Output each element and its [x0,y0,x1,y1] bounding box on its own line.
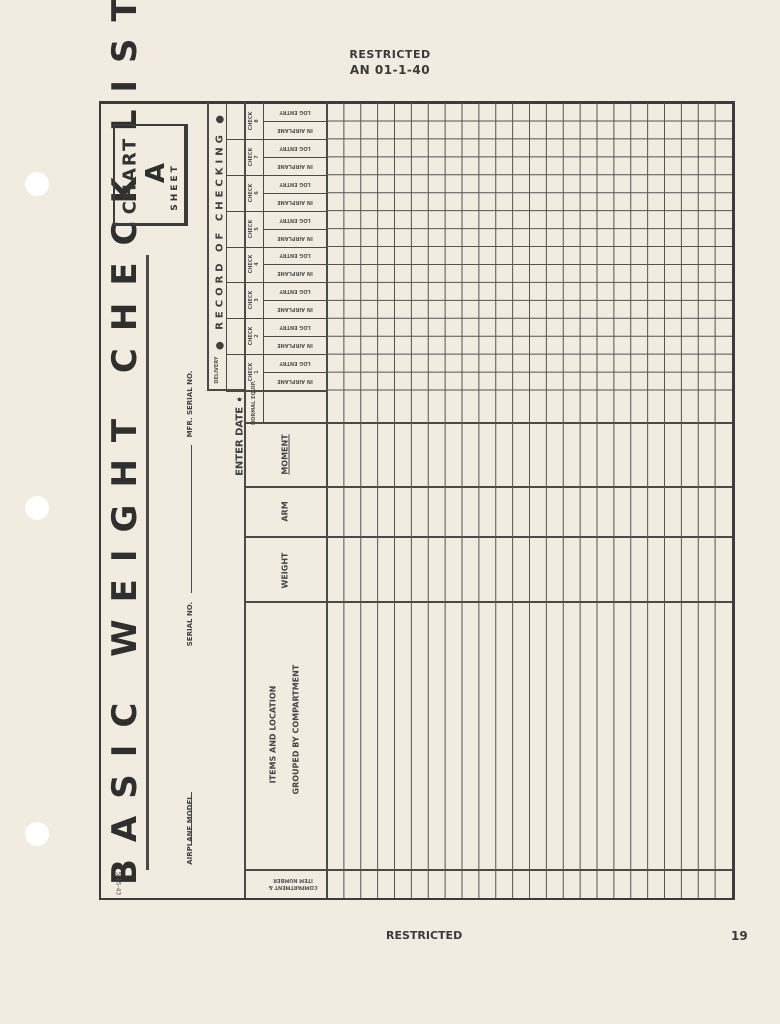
check-label: CHECK3 [248,280,260,320]
check-sub-divider [263,193,327,194]
record-column-left [207,103,209,390]
in-airplane-label: IN AIRPLANE [265,306,325,312]
in-airplane-label: IN AIRPLANE [265,342,325,348]
log-entry-label: LOG ENTRY [265,217,325,223]
binder-hole [25,496,49,520]
log-entry-label: LOG ENTRY [265,324,325,330]
entry-grid[interactable] [327,103,732,898]
in-airplane-label: IN AIRPLANE [265,235,325,241]
record-of-checking-label: ● RECORD OF CHECKING ● [215,106,226,356]
check-divider [226,247,327,248]
check-label: CHECK2 [248,316,260,356]
page-number: 19 [731,929,748,943]
footer-classification: RESTRICTED [386,929,462,942]
check-label: CHECK1 [248,352,260,392]
in-airplane-label: IN AIRPLANE [265,378,325,384]
check-label: CHECK4 [248,244,260,284]
chart-letter: A [141,133,171,213]
serial-no-line [191,445,192,593]
in-airplane-label: IN AIRPLANE [265,270,325,276]
log-entry-label: LOG ENTRY [265,288,325,294]
binder-hole [25,172,49,196]
airplane-model-label: AIRPLANE MODEL [186,790,194,870]
in-airplane-label: IN AIRPLANE [265,163,325,169]
log-entry-label: LOG ENTRY [265,181,325,187]
delivery-label: DELIVERY [214,350,220,390]
check-divider [226,139,327,140]
moment-header: MOMENT [281,425,290,485]
title-strip-divider [146,255,149,870]
check-divider [226,318,327,319]
check-sub-divider [263,229,327,230]
serial-no-label: SERIAL NO. [186,594,194,654]
check-sub-divider [263,157,327,158]
check-row-divider [244,103,246,898]
log-entry-label: LOG ENTRY [265,252,325,258]
check-divider [226,282,327,283]
binder-hole [25,822,49,846]
compartment-header-line2: ITEM NUMBER [258,877,328,883]
check-label: CHECK5 [248,209,260,249]
log-entry-label: LOG ENTRY [265,360,325,366]
in-airplane-label: IN AIRPLANE [265,127,325,133]
log-entry-label: LOG ENTRY [265,109,325,115]
check-sub-divider [263,372,327,373]
check-label-divider [263,103,264,423]
form-title: BASIC WEIGHT CHECK LIST [105,235,145,885]
check-divider [226,175,327,176]
check-divider [226,390,327,392]
arm-header: ARM [281,482,290,542]
items-header-line1: ITEMS AND LOCATION [269,675,278,795]
check-sub-divider [263,336,327,337]
check-sub-divider [263,300,327,301]
check-sub-divider [263,121,327,122]
weight-header: WEIGHT [281,541,290,601]
check-divider [226,211,327,212]
in-airplane-label: IN AIRPLANE [265,199,325,205]
enter-date-label: ENTER DATE ➧ [235,386,246,486]
form-date: 5-15-43 [115,864,122,904]
mfr-serial-no-label: MFR. SERIAL NO. [186,364,194,444]
check-label: CHECK6 [248,173,260,213]
compartment-header-line1: COMPARTMENT & [258,884,328,890]
check-label: CHECK7 [248,137,260,177]
check-sub-divider [263,264,327,265]
sheet-label: SHEET [170,147,180,227]
log-entry-label: LOG ENTRY [265,145,325,151]
chart-label: CHART [120,136,141,216]
check-divider [226,354,327,355]
check-label: CHECK8 [248,101,260,141]
items-header-line2: GROUPED BY COMPARTMENT [292,675,301,795]
